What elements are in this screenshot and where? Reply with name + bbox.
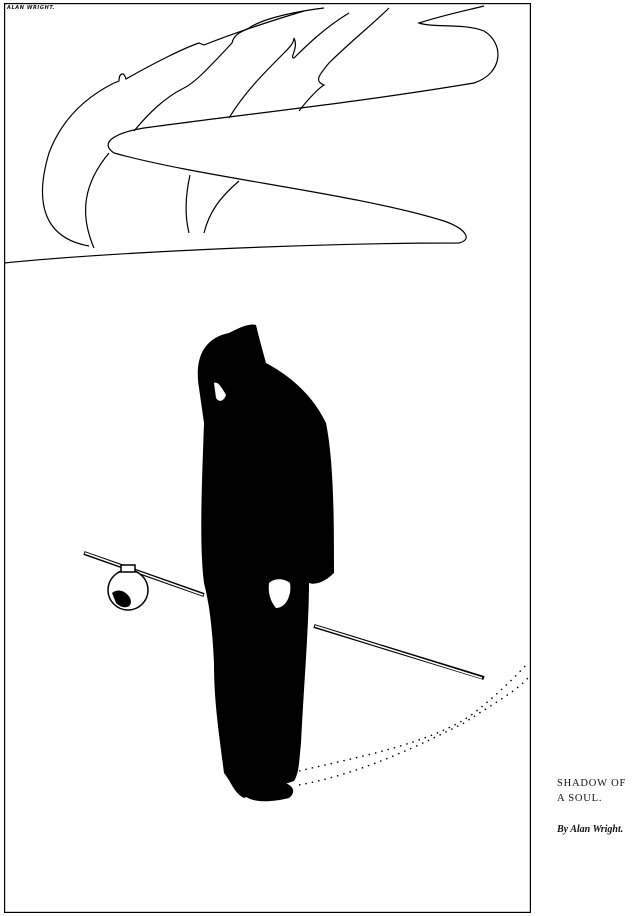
illustration-drawing <box>4 3 531 913</box>
sky-cloud-lines <box>4 6 498 263</box>
caption-title-line2: A SOUL. <box>557 791 626 806</box>
footprint-trail <box>299 663 528 785</box>
illustration-frame <box>4 3 531 913</box>
illustration-caption: SHADOW OF A SOUL. <box>557 776 626 806</box>
caption-title-line1: SHADOW OF <box>557 776 626 791</box>
caption-byline: By Alan Wright. <box>557 824 623 835</box>
artist-signature: ALAN WRIGHT. <box>7 5 55 11</box>
